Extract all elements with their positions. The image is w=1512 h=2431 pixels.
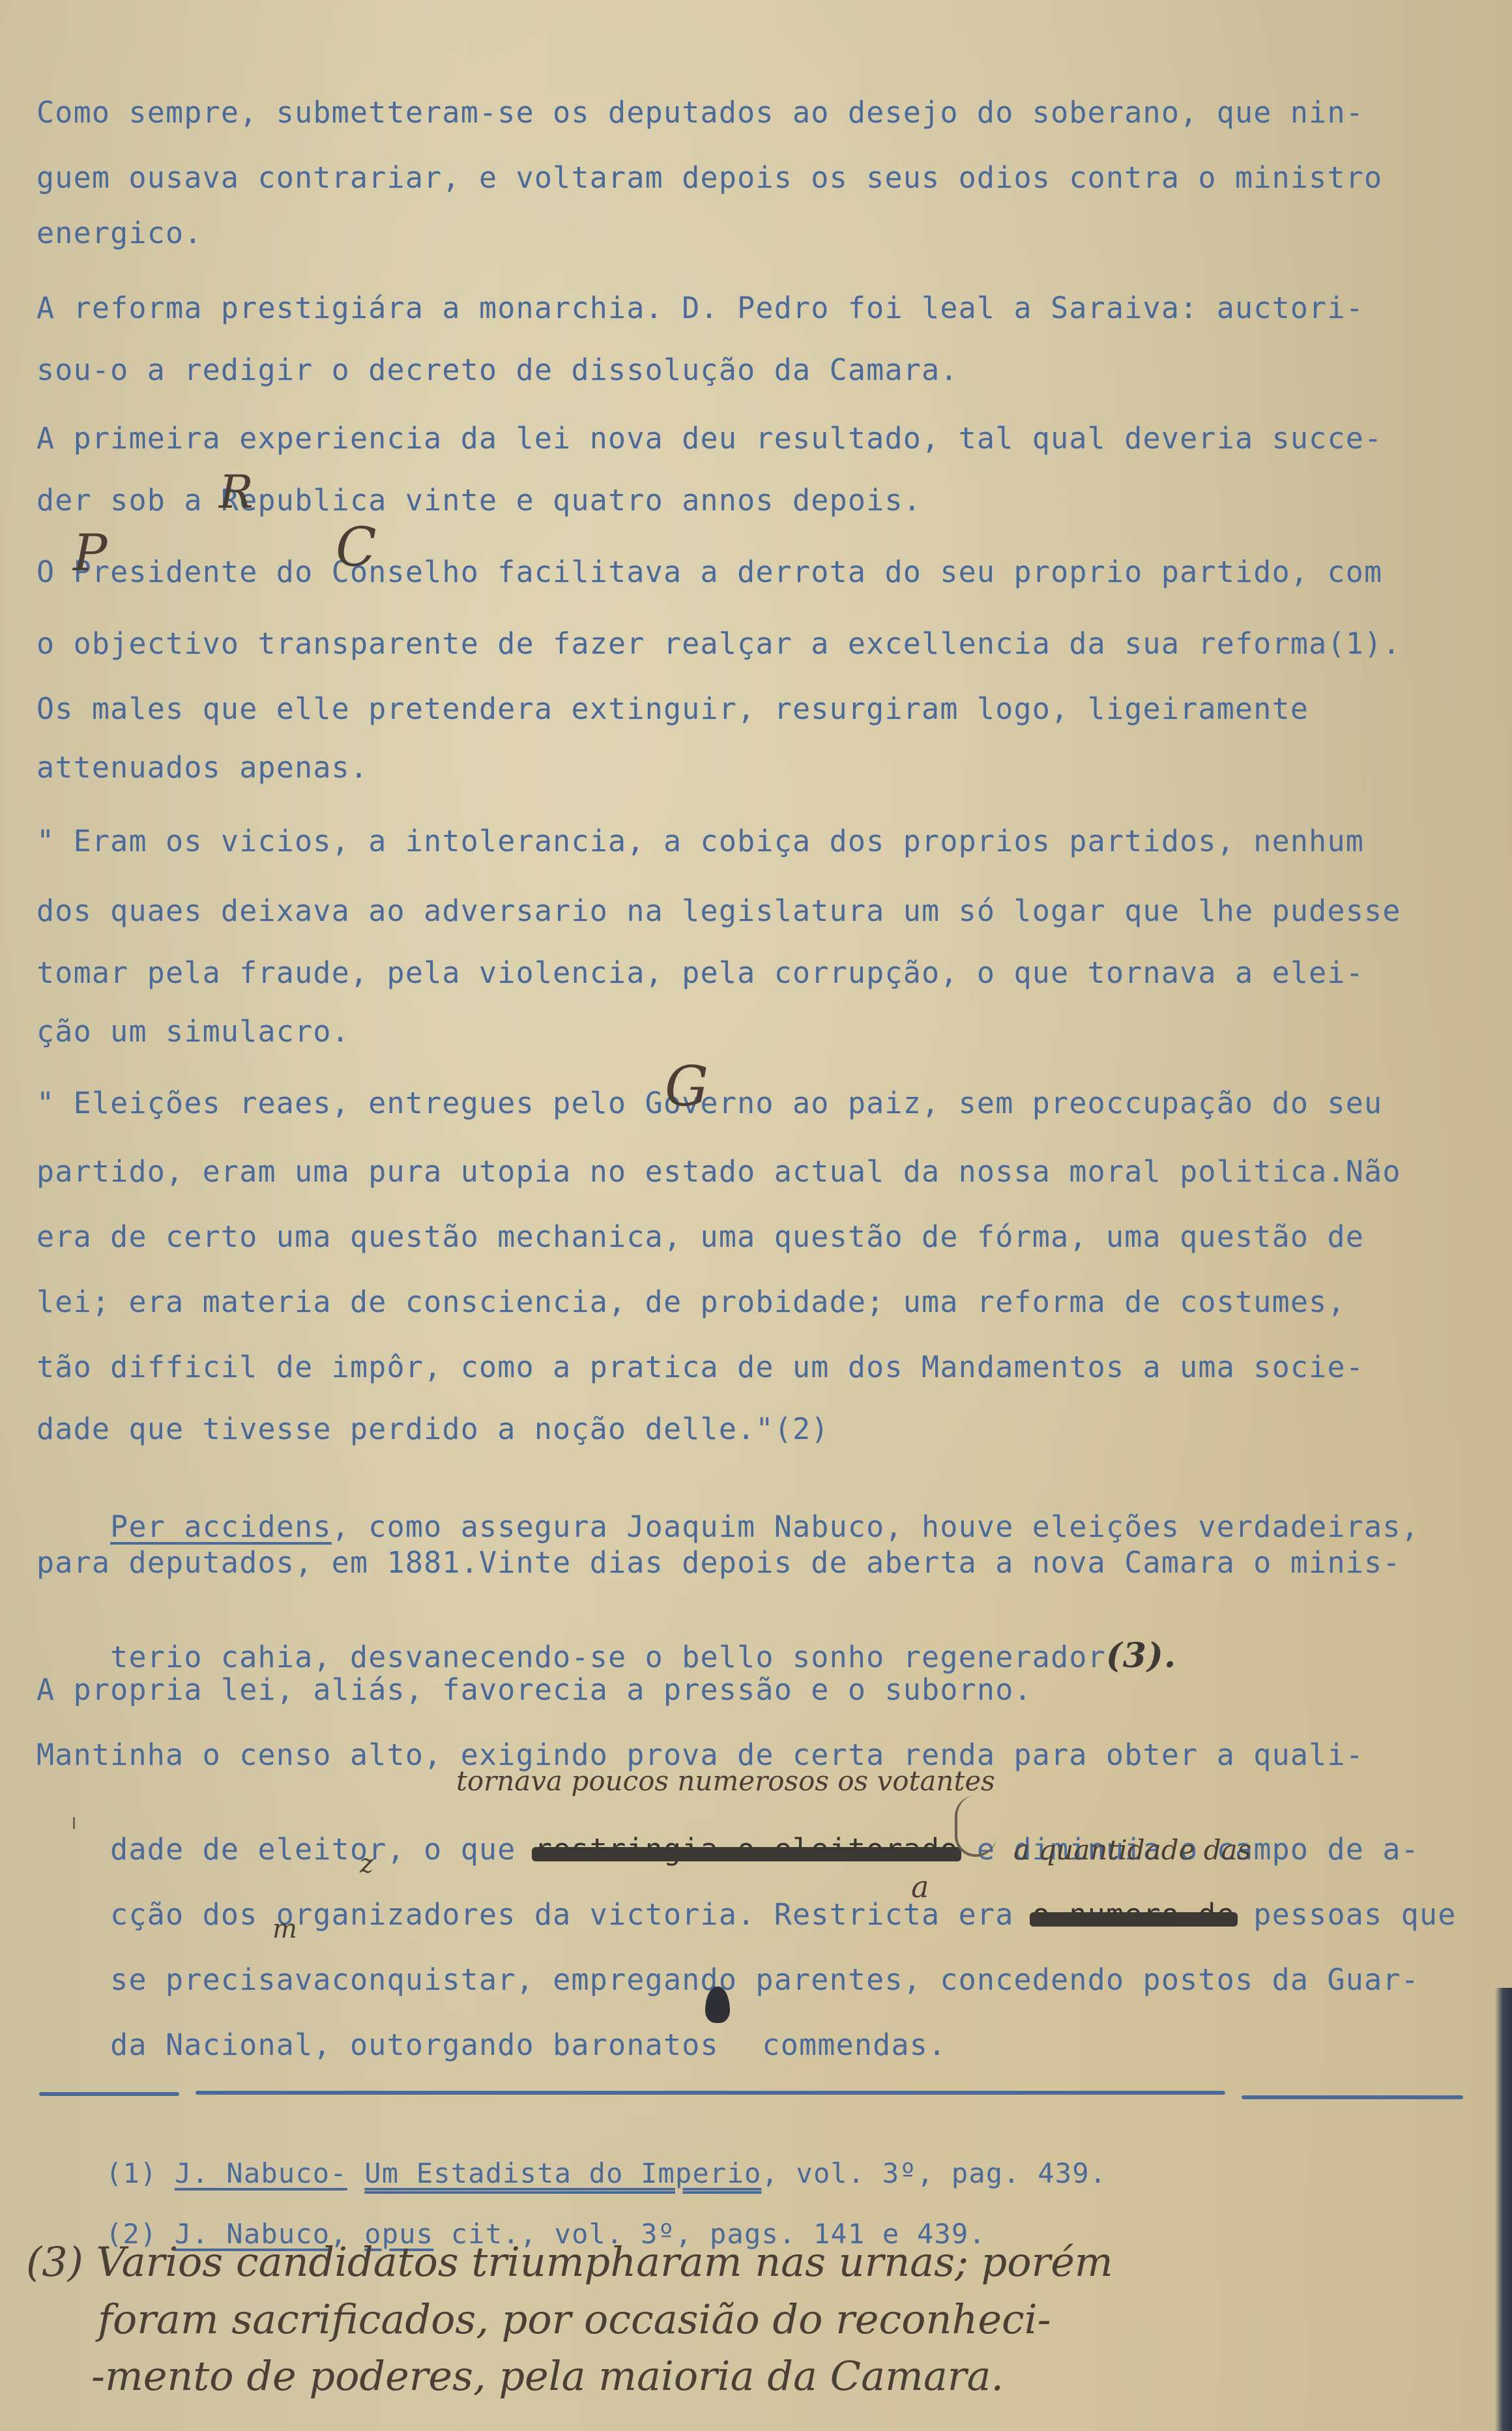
footnote-citation: , vol. 3º, pag. 439.: [761, 2157, 1107, 2189]
typed-line: ção um simulacro.: [36, 1017, 350, 1046]
footnote-rule: [1242, 2095, 1463, 2099]
typed-line: A primeira experiencia da lei nova deu r…: [36, 424, 1382, 453]
margin-dot: [73, 1817, 75, 1829]
footnote-title: Um Estadista do Imperio: [364, 2157, 761, 2189]
typed-line: O Presidente do Conselho facilitava a de…: [36, 557, 1382, 587]
typed-line: dade que tivesse perdido a noção delle."…: [36, 1414, 830, 1444]
handwritten-insertion: a quantidade das: [1013, 1837, 1251, 1864]
typed-line: lei; era materia de consciencia, de prob…: [36, 1287, 1346, 1317]
typed-line: " Eram os vicios, a intolerancia, a cobi…: [36, 826, 1364, 856]
typed-text: se precisava: [110, 1962, 332, 1997]
typed-line: tão difficil de impôr, como a pratica de…: [36, 1352, 1364, 1382]
struck-out-text: restringia o eleitorado: [534, 1835, 959, 1864]
typed-line: energico.: [36, 218, 203, 248]
typed-line: der sob a Republica vinte e quatro annos…: [36, 486, 922, 515]
typed-text: commendas.: [744, 2028, 946, 2062]
handwritten-correction-z: z: [360, 1851, 373, 1877]
typed-text: terio cahia, desvanecendo-se o bello son…: [110, 1640, 1106, 1674]
footnote-3-marker: (3).: [1106, 1636, 1176, 1676]
typed-line: o objectivo transparente de fazer realça…: [36, 629, 1401, 658]
handwritten-correction-m: m: [272, 1916, 297, 1942]
footnote-rule: [196, 2091, 1225, 2095]
typed-text: dade de eleitor, o que: [110, 1832, 534, 1867]
footnote-3-handwritten-line: (3) Varios candidatos triumpharam nas ur…: [26, 2242, 1113, 2282]
typed-line: tomar pela fraude, pela violencia, pela …: [36, 958, 1364, 987]
footnote-3-handwritten-line: -mento de poderes, pela maioria da Camar…: [91, 2356, 1004, 2396]
typed-line: Como sempre, submetteram-se os deputados…: [36, 98, 1364, 127]
typed-line: sou-o a redigir o decreto de dissolução …: [36, 355, 959, 385]
typed-line: A reforma prestigiára a monarchia. D. Pe…: [36, 293, 1364, 323]
handwritten-correction-a: a: [911, 1872, 929, 1902]
latin-phrase-underlined: Per accidens: [110, 1509, 332, 1544]
handwritten-insertion: tornava poucos numerosos os votantes: [456, 1768, 995, 1795]
page-edge-shadow: [1495, 1988, 1512, 2431]
handwritten-capital-p: P: [73, 528, 107, 579]
typed-line: partido, eram uma pura utopia no estado …: [36, 1157, 1401, 1186]
typed-line: Os males que elle pretendera extinguir, …: [36, 694, 1309, 723]
handwritten-capital-c: C: [336, 521, 377, 575]
typed-line: dos quaes deixava ao adversario na legis…: [36, 896, 1401, 925]
handwritten-capital-g: G: [665, 1059, 708, 1114]
footnote-3-handwritten-line: foram sacrificados, por occasião do reco…: [98, 2299, 1051, 2340]
document-page: Como sempre, submetteram-se os deputados…: [0, 0, 1512, 2431]
typed-text: da Nacional, outorgando baronatos: [110, 2028, 737, 2062]
typed-line: guem ousava contrariar, e voltaram depoi…: [36, 163, 1382, 192]
typed-line: A propria lei, aliás, favorecia a pressã…: [36, 1675, 1032, 1704]
typed-text: , como assegura Joaquim Nabuco, houve el…: [332, 1509, 1419, 1544]
footnote-rule: [39, 2092, 179, 2096]
typed-line: attenuados apenas.: [36, 753, 368, 782]
typed-line: da Nacional, outorgando baronatos commen…: [36, 2001, 946, 2089]
insertion-bracket: [955, 1796, 996, 1857]
footnote-author: J. Nabuco-: [175, 2157, 347, 2189]
typed-line: era de certo uma questão mechanica, uma …: [36, 1222, 1364, 1251]
footnote-number: (1): [106, 2157, 157, 2189]
typed-text: pessoas que: [1235, 1897, 1457, 1932]
struck-out-text: o numero de: [1032, 1900, 1235, 1929]
typed-text: conquistar, empregando parentes, concede…: [332, 1962, 1419, 1997]
typed-line: " Eleições reaes, entregues pelo Governo…: [36, 1088, 1382, 1118]
typed-text: cção dos organizadores da victoria. Rest…: [110, 1897, 1032, 1932]
handwritten-capital-r: R: [219, 469, 254, 515]
typed-line: para deputados, em 1881.Vinte dias depoi…: [36, 1548, 1401, 1577]
